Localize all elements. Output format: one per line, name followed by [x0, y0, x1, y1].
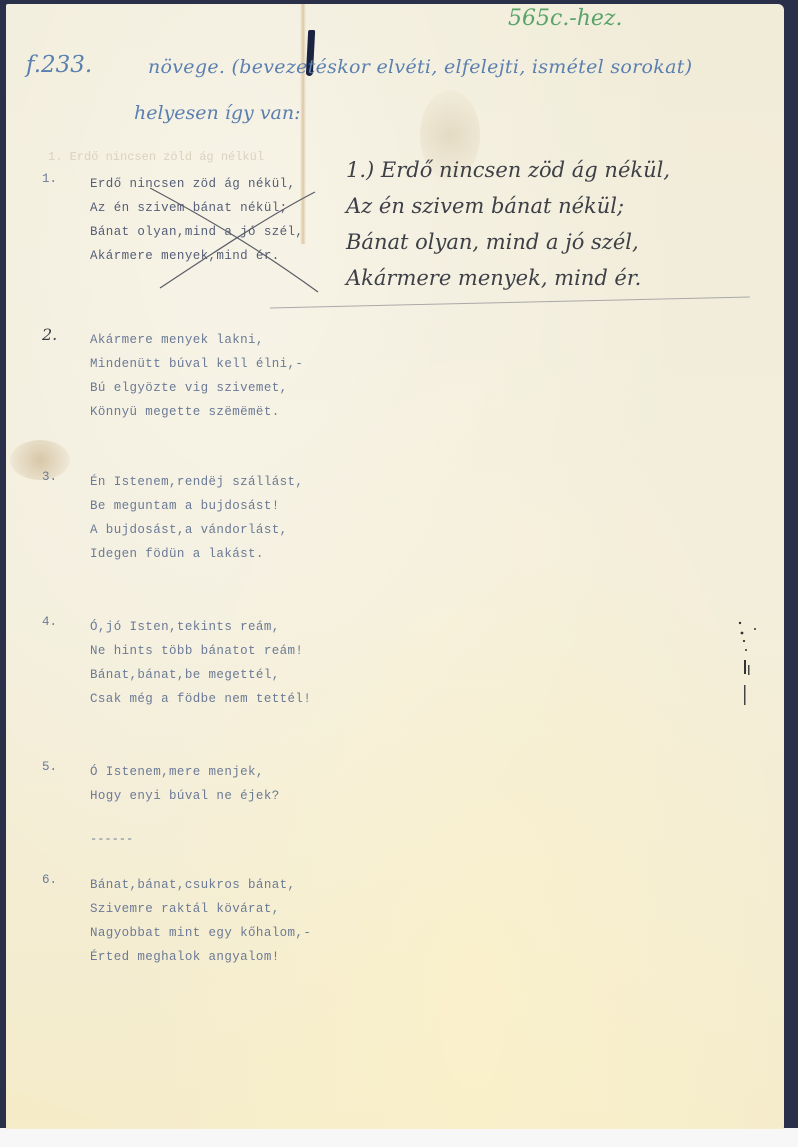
catalog-number: 565c.-hez.	[508, 6, 623, 31]
verse-line: Be meguntam a bujdosást!	[90, 494, 303, 518]
verse-number: 5.	[42, 760, 72, 774]
verse-line: Érted meghalok angyalom!	[90, 945, 311, 969]
cross-out-mark	[150, 170, 330, 295]
verse-line: Mindenütt búval kell élni,-	[90, 352, 303, 376]
verse-line: Szivemre raktál kövárat,	[90, 897, 311, 921]
verse-number: 1.	[42, 172, 72, 186]
correction-line: Az én szivem bánat nékül;	[346, 188, 670, 224]
verse-number: 2.	[42, 325, 72, 344]
verse-line: Hogy enyi búval ne éjek?	[90, 784, 280, 808]
ink-specks	[720, 615, 760, 710]
note-line-1: növege. (bevezetéskor elvéti, elfelejti,…	[148, 56, 692, 78]
verse-line: Könnyü megette szëmëmët.	[90, 400, 303, 424]
pencil-correction: 1.) Erdő nincsen zöd ág nékül, Az én szi…	[346, 152, 670, 296]
item-reference: f.233.	[26, 52, 92, 78]
verse-number: 3.	[42, 470, 72, 484]
verse-line: Idegen födün a lakást.	[90, 542, 303, 566]
verse-line: Bánat,bánat,csukros bánat,	[90, 873, 311, 897]
verse-line: Nagyobbat mint egy kőhalom,-	[90, 921, 311, 945]
verse-number: 4.	[42, 615, 72, 629]
correction-line: 1.) Erdő nincsen zöd ág nékül,	[346, 152, 670, 188]
erased-line: 1. Erdő nincsen zöld ág nélkül	[48, 150, 264, 164]
verse-line: A bujdosást,a vándorlást,	[90, 518, 303, 542]
scan-background-bottom	[0, 1128, 798, 1147]
verse-line: Ne hints több bánatot reám!	[90, 639, 311, 663]
verse-number: 6.	[42, 873, 72, 887]
separator: ------	[90, 832, 133, 846]
verse-line: Bú elgyözte vig szivemet,	[90, 376, 303, 400]
verse-line: Ó,jó Isten,tekints reám,	[90, 615, 311, 639]
verse-line: Bánat,bánat,be megettél,	[90, 663, 311, 687]
correction-line: Bánat olyan, mind a jó szél,	[346, 224, 670, 260]
note-line-2: helyesen így van:	[134, 102, 301, 124]
verse-line: Csak még a födbe nem tettél!	[90, 687, 311, 711]
correction-line: Akármere menyek, mind ér.	[346, 260, 670, 296]
verse-line: Akármere menyek lakni,	[90, 328, 303, 352]
verse-line: Én Istenem,rendëj szállást,	[90, 470, 303, 494]
verse-line: Ó Istenem,mere menjek,	[90, 760, 280, 784]
folded-corner	[6, 1087, 116, 1127]
